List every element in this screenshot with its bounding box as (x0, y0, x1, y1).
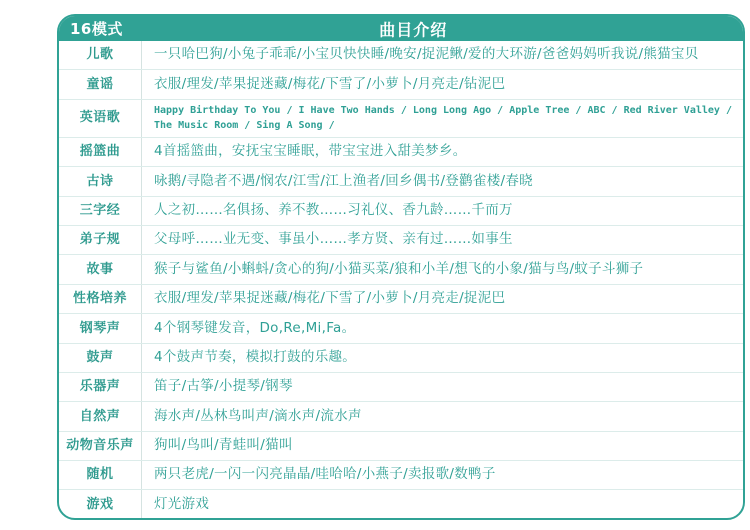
mode-name-cell: 随机 (59, 461, 142, 489)
song-list-cell: 4首摇篮曲，安抚宝宝睡眠，带宝宝进入甜美梦乡。 (142, 139, 743, 165)
mode-name-cell: 鼓声 (59, 344, 142, 372)
mode-name-cell: 钢琴声 (59, 314, 142, 342)
song-list-cell: 咏鹅/寻隐者不遇/悯农/江雪/江上渔者/回乡偶书/登鹳雀楼/春晓 (142, 169, 743, 195)
song-list-cell: 狗叫/鸟叫/青蛙叫/猫叫 (142, 433, 743, 459)
table-row: 游戏 灯光游戏 (59, 490, 743, 519)
song-list-cell: 猴子与鲨鱼/小蝌蚪/贪心的狗/小猫买菜/狼和小羊/想飞的小象/猫与鸟/蚊子斗狮子 (142, 257, 743, 283)
song-intro-header: 曲目介绍 (379, 17, 447, 40)
mode-name-cell: 自然声 (59, 402, 142, 430)
table-row: 故事 猴子与鲨鱼/小蝌蚪/贪心的狗/小猫买菜/狼和小羊/想飞的小象/猫与鸟/蚊子… (59, 255, 743, 284)
mode-name-cell: 三字经 (59, 197, 142, 225)
song-list-cell: 两只老虎/一闪一闪亮晶晶/哇哈哈/小燕子/卖报歌/数鸭子 (142, 462, 743, 488)
mode-name-cell: 童谣 (59, 70, 142, 98)
table-body: 儿歌 一只哈巴狗/小兔子乖乖/小宝贝快快睡/晚安/捉泥鳅/爱的大环游/爸爸妈妈听… (59, 41, 743, 520)
mode-name-cell: 乐器声 (59, 373, 142, 401)
song-list-cell: 衣服/理发/苹果捉迷藏/梅花/下雪了/小萝卜/月亮走/捉泥巴 (142, 286, 743, 312)
song-list-cell: 4个鼓声节奏，模拟打鼓的乐趣。 (142, 345, 743, 371)
mode-name-cell: 摇篮曲 (59, 138, 142, 166)
table-row: 童谣 衣服/理发/苹果捉迷藏/梅花/下雪了/小萝卜/月亮走/钻泥巴 (59, 70, 743, 99)
mode-name-cell: 游戏 (59, 490, 142, 519)
table-row: 动物音乐声 狗叫/鸟叫/青蛙叫/猫叫 (59, 432, 743, 461)
mode-count-header: 16模式 (59, 18, 142, 39)
song-list-cell: 海水声/丛林鸟叫声/滴水声/流水声 (142, 404, 743, 430)
mode-name-cell: 性格培养 (59, 285, 142, 313)
song-list-cell: 一只哈巴狗/小兔子乖乖/小宝贝快快睡/晚安/捉泥鳅/爱的大环游/爸爸妈妈听我说/… (142, 42, 743, 68)
song-list-cell: 人之初……名俱扬、养不教……习礼仪、香九龄……千而万 (142, 198, 743, 224)
table-row: 英语歌 Happy Birthday To You / I Have Two H… (59, 100, 743, 138)
mode-name-cell: 古诗 (59, 167, 142, 195)
table-row: 弟子规 父母呼……业无变、事虽小……孝方贤、亲有过……如事生 (59, 226, 743, 255)
song-list-cell: 4个钢琴键发音，Do,Re,Mi,Fa。 (142, 316, 743, 342)
table-row: 鼓声 4个鼓声节奏，模拟打鼓的乐趣。 (59, 344, 743, 373)
table-row: 乐器声 笛子/古筝/小提琴/钢琴 (59, 373, 743, 402)
table-row: 随机 两只老虎/一闪一闪亮晶晶/哇哈哈/小燕子/卖报歌/数鸭子 (59, 461, 743, 490)
table-row: 摇篮曲 4首摇篮曲，安抚宝宝睡眠，带宝宝进入甜美梦乡。 (59, 138, 743, 167)
song-list-cell: Happy Birthday To You / I Have Two Hands… (142, 100, 743, 137)
table-header: 16模式 曲目介绍 (59, 16, 743, 41)
table-row: 自然声 海水声/丛林鸟叫声/滴水声/流水声 (59, 402, 743, 431)
table-row: 钢琴声 4个钢琴键发音，Do,Re,Mi,Fa。 (59, 314, 743, 343)
song-list-cell: 衣服/理发/苹果捉迷藏/梅花/下雪了/小萝卜/月亮走/钻泥巴 (142, 72, 743, 98)
table-row: 古诗 咏鹅/寻隐者不遇/悯农/江雪/江上渔者/回乡偶书/登鹳雀楼/春晓 (59, 167, 743, 196)
mode-name-cell: 动物音乐声 (59, 432, 142, 460)
mode-name-cell: 儿歌 (59, 41, 142, 69)
song-list-cell: 父母呼……业无变、事虽小……孝方贤、亲有过……如事生 (142, 227, 743, 253)
mode-name-cell: 故事 (59, 255, 142, 283)
song-intro-table: 16模式 曲目介绍 儿歌 一只哈巴狗/小兔子乖乖/小宝贝快快睡/晚安/捉泥鳅/爱… (57, 14, 745, 520)
table-row: 性格培养 衣服/理发/苹果捉迷藏/梅花/下雪了/小萝卜/月亮走/捉泥巴 (59, 285, 743, 314)
table-row: 三字经 人之初……名俱扬、养不教……习礼仪、香九龄……千而万 (59, 197, 743, 226)
song-list-cell: 笛子/古筝/小提琴/钢琴 (142, 374, 743, 400)
mode-name-cell: 弟子规 (59, 226, 142, 254)
song-list-cell: 灯光游戏 (142, 492, 743, 518)
mode-name-cell: 英语歌 (59, 100, 142, 137)
table-row: 儿歌 一只哈巴狗/小兔子乖乖/小宝贝快快睡/晚安/捉泥鳅/爱的大环游/爸爸妈妈听… (59, 41, 743, 70)
